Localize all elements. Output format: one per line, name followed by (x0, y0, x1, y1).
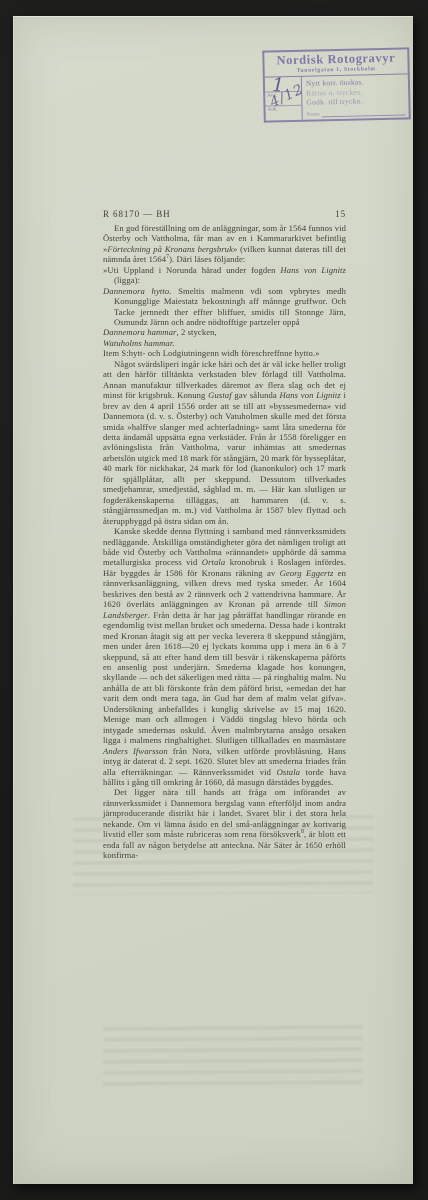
text-segment: . Från detta år har jag påträffat handli… (103, 610, 346, 745)
text-segment: Hans von Lignitz (280, 390, 341, 400)
show-through-ghost (73, 815, 373, 895)
text-segment: Item S:hytt- och Lodgiutningenn widh för… (103, 348, 319, 358)
stamp-name-row: Namn (307, 109, 406, 117)
stamp-checklist: Nytt korr. önskas. Rättas o. tryckes. Go… (302, 74, 409, 119)
stamp-option-approved-print: Godk. till tryckn. (306, 96, 405, 108)
text-segment: (ligga): (114, 275, 140, 285)
text-segment: i brev av den 4 april 1556 order att se … (103, 390, 346, 525)
paragraph: »Uti Uppland i Norunda härad under fogde… (103, 265, 346, 286)
text-segment: Georg Eggertz (280, 568, 334, 578)
stamp-date-fields: Avg. Ank. 1 4/12 (265, 77, 303, 121)
paragraph: Dannemora hammar, 2 stycken, (103, 327, 346, 337)
running-head: R 68170 — BH 15 (103, 209, 346, 219)
document-reference: R 68170 — BH (103, 209, 171, 219)
text-segment: Watuholms hammar. (103, 338, 175, 348)
text-segment: , 2 stycken, (176, 327, 216, 337)
paragraph: Något svärdsliperi ingår icke häri och d… (103, 359, 346, 526)
text-segment: Hans von Lignitz (280, 265, 346, 275)
text-segment: Dannemora hammar (103, 327, 176, 337)
text-segment: »Uti Uppland i Norunda härad under fogde… (103, 265, 280, 275)
page-number: 15 (335, 209, 346, 219)
text-segment: Gustaf (208, 390, 232, 400)
paragraph: Item S:hytt- och Lodgiutningenn widh för… (103, 348, 346, 358)
printer-stamp: Nordisk Rotogravyr Tunnelgatan 1, Stockh… (262, 47, 411, 122)
stamp-frame: Nordisk Rotogravyr Tunnelgatan 1, Stockh… (262, 47, 411, 122)
stamp-field-ank: Ank. (265, 105, 301, 120)
text-segment: Ortala (202, 557, 226, 567)
text-segment: Dannemora hytto. (103, 286, 171, 296)
scanned-page: Nordisk Rotogravyr Tunnelgatan 1, Stockh… (13, 16, 413, 1184)
stamp-name-label: Namn (307, 112, 320, 117)
text-segment: gav sålunda (232, 390, 280, 400)
paragraph: Kanske skedde denna flyttning i samband … (103, 526, 346, 787)
text-block: R 68170 — BH 15 En god föreställning om … (103, 209, 346, 861)
paragraph: Dannemora hytto. Smeltis malmenn vdi som… (103, 286, 346, 328)
text-segment: Anders Ifwarsson (103, 746, 168, 756)
show-through-ghost (103, 1025, 363, 1093)
stamp-name-rule (322, 109, 406, 117)
text-segment: ). Däri läses följande: (169, 254, 245, 264)
text-segment: Förteckning på Kronans bergsbruk (107, 244, 233, 254)
paragraph: En god föreställning om de anläggningar,… (103, 223, 346, 265)
stamp-form-area: Avg. Ank. 1 4/12 Nytt korr. önskas. Rätt… (265, 73, 409, 120)
body-paragraphs: En god föreställning om de anläggningar,… (103, 223, 346, 861)
paragraph: Watuholms hammar. (103, 338, 346, 348)
text-segment: Ostala (277, 767, 301, 777)
